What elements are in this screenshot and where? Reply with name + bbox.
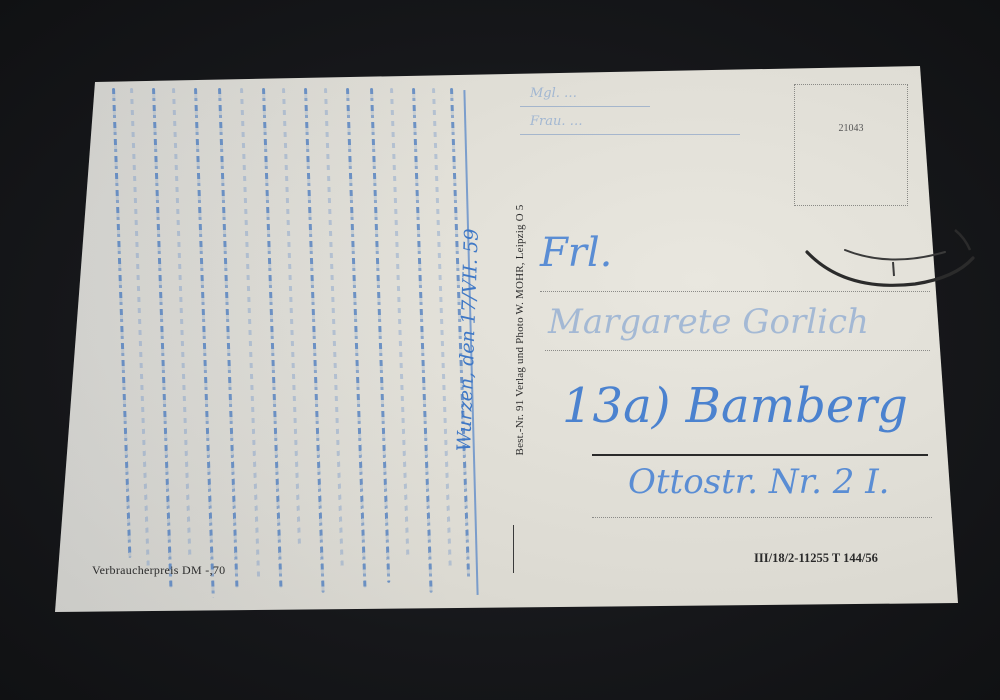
address-line	[545, 350, 930, 351]
handwriting-line	[282, 88, 301, 548]
handwriting-line	[262, 88, 282, 588]
handwriting-line	[152, 88, 172, 588]
price-label: Verbraucherpreis DM -,70	[92, 563, 226, 578]
handwriting-line	[390, 88, 409, 558]
handwriting-line	[432, 88, 452, 568]
address-city: 13a) Bamberg	[562, 378, 908, 434]
address-line	[592, 517, 932, 518]
handwriting-line	[346, 88, 366, 588]
printed-divider	[513, 525, 514, 573]
postmark-icon	[805, 210, 975, 290]
handwriting-line	[218, 88, 238, 588]
handwriting-line	[240, 88, 260, 578]
address-line-city	[592, 454, 928, 456]
message-area	[60, 80, 510, 610]
address-line	[540, 291, 930, 292]
handwriting-line	[412, 88, 433, 593]
publisher-imprint: Best.-Nr. 91 Verlag und Photo W. MOHR, L…	[514, 205, 526, 456]
stamp-box: 21043	[794, 84, 908, 206]
handwriting-line	[304, 88, 325, 593]
catalog-code: III/18/2-11255 T 144/56	[754, 551, 878, 566]
handwriting-line	[112, 88, 131, 558]
sender-note-line: Mgl. …	[530, 86, 577, 101]
sender-note-line: Frau. …	[530, 114, 583, 129]
address-salutation: Frl.	[540, 230, 612, 276]
address-name: Margarete Gorlich	[548, 302, 869, 342]
note-underline	[520, 134, 740, 135]
handwriting-line	[370, 88, 390, 583]
handwriting-line	[172, 88, 191, 558]
handwriting-line	[130, 88, 150, 568]
stamp-box-number: 21043	[795, 123, 907, 134]
address-street: Ottostr. Nr. 2 I.	[628, 462, 889, 502]
handwriting-line	[324, 88, 344, 568]
handwriting-line	[194, 88, 215, 598]
note-underline	[520, 106, 650, 107]
